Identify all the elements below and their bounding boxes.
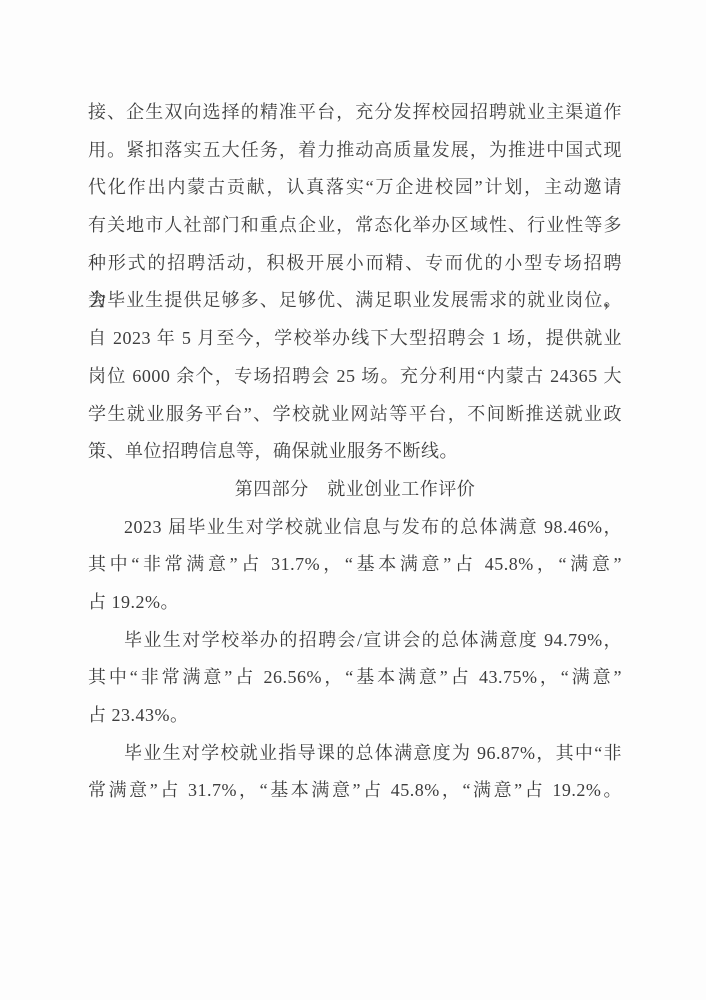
text-line: 其中“非常满意”占 26.56%，“基本满意”占 43.75%，“满意” bbox=[88, 659, 622, 697]
text-line: 策、单位招聘信息等，确保就业服务不断线。 bbox=[88, 433, 622, 471]
text-line: 毕业生对学校举办的招聘会/宣讲会的总体满意度 94.79%， bbox=[88, 622, 622, 660]
text-line: 学生就业服务平台”、学校就业网站等平台，不间断推送就业政 bbox=[88, 396, 622, 434]
text-line: 为毕业生提供足够多、足够优、满足职业发展需求的就业岗位。 bbox=[88, 282, 622, 320]
text-line: 占 19.2%。 bbox=[88, 584, 622, 622]
text-line: 自 2023 年 5 月至今，学校举办线下大型招聘会 1 场，提供就业 bbox=[88, 320, 622, 358]
text-line: 种形式的招聘活动，积极开展小而精、专而优的小型专场招聘会， bbox=[88, 245, 622, 283]
text-line: 其中“非常满意”占 31.7%，“基本满意”占 45.8%，“满意” bbox=[88, 546, 622, 584]
text-line: 岗位 6000 余个，专场招聘会 25 场。充分利用“内蒙古 24365 大 bbox=[88, 358, 622, 396]
text-line: 2023 届毕业生对学校就业信息与发布的总体满意 98.46%， bbox=[88, 509, 622, 547]
text-line: 用。紧扣落实五大任务，着力推动高质量发展，为推进中国式现 bbox=[88, 132, 622, 170]
text-line: 接、企生双向选择的精准平台，充分发挥校园招聘就业主渠道作 bbox=[88, 94, 622, 132]
document-content: 接、企生双向选择的精准平台，充分发挥校园招聘就业主渠道作用。紧扣落实五大任务，着… bbox=[88, 94, 622, 810]
text-line: 毕业生对学校就业指导课的总体满意度为 96.87%，其中“非 bbox=[88, 735, 622, 773]
text-line: 占 23.43%。 bbox=[88, 697, 622, 735]
document-page: 接、企生双向选择的精准平台，充分发挥校园招聘就业主渠道作用。紧扣落实五大任务，着… bbox=[0, 0, 706, 1000]
text-line: 代化作出内蒙古贡献，认真落实“万企进校园”计划，主动邀请 bbox=[88, 169, 622, 207]
text-line: 有关地市人社部门和重点企业，常态化举办区域性、行业性等多 bbox=[88, 207, 622, 245]
text-line: 常满意”占 31.7%，“基本满意”占 45.8%，“满意”占 19.2%。 bbox=[88, 772, 622, 810]
section-heading: 第四部分 就业创业工作评价 bbox=[88, 471, 622, 509]
